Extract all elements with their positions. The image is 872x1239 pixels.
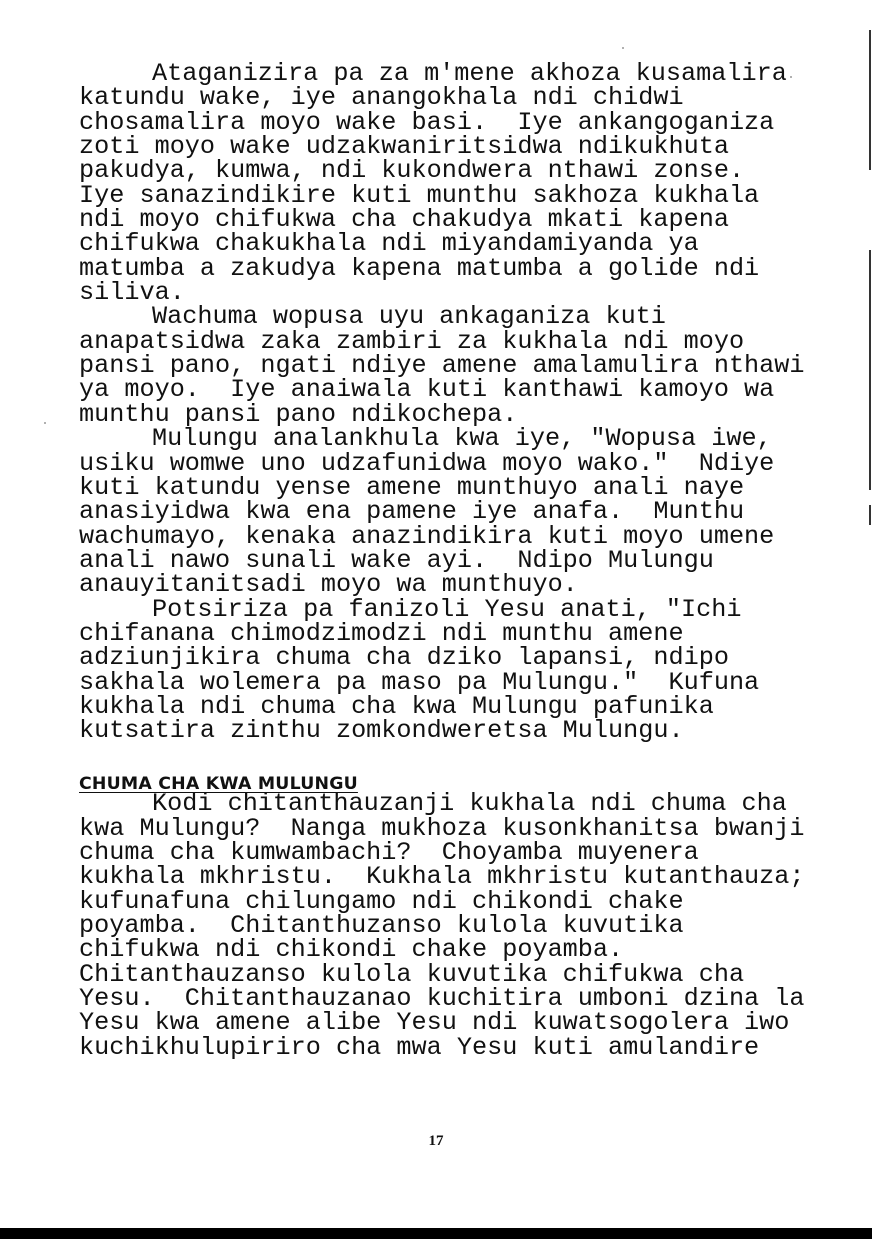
paragraph-3: Mulungu analankhula kwa iye, "Wopusa iwe… <box>79 427 839 597</box>
blank-line <box>79 744 839 768</box>
scan-edge-line <box>869 30 871 170</box>
paragraph-4: Potsiriza pa fanizoli Yesu anati, "Ichi … <box>79 598 839 744</box>
text-line: kuchikhulupiriro cha mwa Yesu kuti amula… <box>79 1036 839 1060</box>
scan-speck <box>622 47 624 49</box>
text-line: kutsatira zinthu zomkondweretsa Mulungu. <box>79 719 839 743</box>
scan-edge-line <box>869 505 871 525</box>
text-line: matumba a zakudya kapena matumba a golid… <box>79 257 839 281</box>
scan-edge-line <box>869 250 871 490</box>
scan-speck <box>790 76 792 78</box>
scan-bottom-border <box>0 1228 872 1239</box>
section-paragraph: Kodi chitanthauzanji kukhala ndi chuma c… <box>79 792 839 1060</box>
paragraph-1: Ataganizira pa za m'mene akhoza kusamali… <box>79 62 839 305</box>
scan-speck <box>44 422 46 424</box>
page-number: 17 <box>0 1133 872 1150</box>
document-page-body: Ataganizira pa za m'mene akhoza kusamali… <box>79 62 839 1060</box>
paragraph-2: Wachuma wopusa uyu ankaganiza kuti anapa… <box>79 305 839 427</box>
